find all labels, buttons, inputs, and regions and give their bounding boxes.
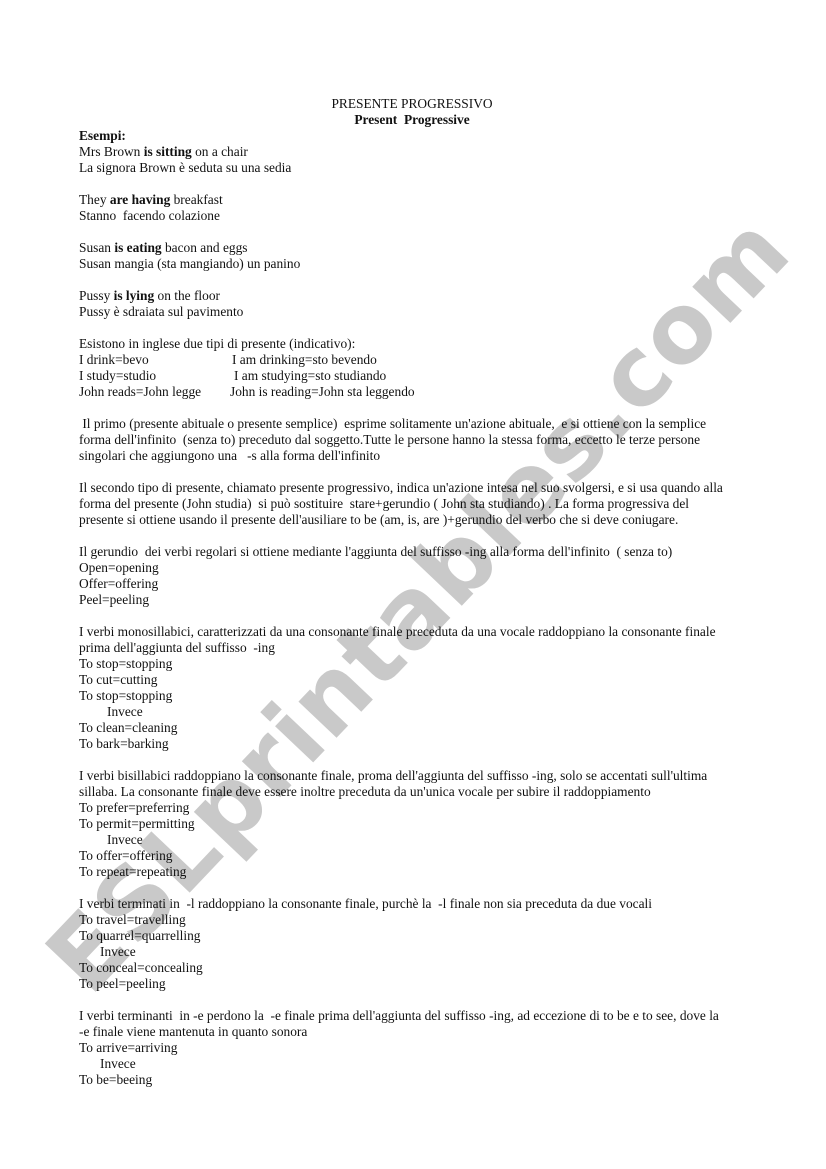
rule-text: -e finale viene mantenuta in quanto sono… (79, 1024, 769, 1040)
rule-example: To arrive=arriving (79, 1040, 769, 1056)
rule-text: I verbi terminanti in -e perdono la -e f… (79, 1008, 769, 1024)
contrast-example: To peel=peeling (79, 976, 769, 992)
example-text: on the floor (154, 288, 220, 303)
example-english: Susan is eating bacon and eggs (79, 240, 769, 256)
contrast-label: Invece (79, 1056, 769, 1072)
example-text: They (79, 192, 110, 207)
example-italian: Susan mangia (sta mangiando) un panino (79, 256, 769, 272)
contrast-label: Invece (79, 704, 769, 720)
rule-example: To stop=stopping (79, 688, 769, 704)
contrast-label: Invece (79, 944, 769, 960)
paragraph-line: presente si ottiene usando il presente d… (79, 512, 769, 528)
simple-present: I study=studio (79, 368, 156, 383)
contrast-example: To clean=cleaning (79, 720, 769, 736)
rule-example: To stop=stopping (79, 656, 769, 672)
simple-present: I drink=bevo (79, 352, 149, 367)
example-verb: is lying (114, 288, 155, 303)
examples-heading: Esempi: (79, 128, 769, 144)
contrast-label: Invece (79, 832, 769, 848)
example-text: Mrs Brown (79, 144, 144, 159)
example-italian: La signora Brown è seduta su una sedia (79, 160, 769, 176)
paragraph-line: singolari che aggiungono una -s alla for… (79, 448, 769, 464)
document-body: PRESENTE PROGRESSIVO Present Progressive… (79, 96, 769, 1088)
example-italian: Pussy è sdraiata sul pavimento (79, 304, 769, 320)
rule-example: Peel=peeling (79, 592, 769, 608)
document-page: ESLprintables.com PRESENTE PROGRESSIVO P… (0, 0, 826, 1169)
example-text: bacon and eggs (162, 240, 248, 255)
contrast-example: To offer=offering (79, 848, 769, 864)
rule-text: Il gerundio dei verbi regolari si ottien… (79, 544, 769, 560)
paragraph-line: forma del presente (John studia) si può … (79, 496, 769, 512)
paragraph-line: forma dell'infinito (senza to) preceduto… (79, 432, 769, 448)
rule-text: I verbi bisillabici raddoppiano la conso… (79, 768, 769, 784)
paragraph-line: Il primo (presente abituale o presente s… (79, 416, 769, 432)
example-verb: are having (110, 192, 170, 207)
rule-example: To quarrel=quarrelling (79, 928, 769, 944)
types-row: I study=studioI am studying=sto studiand… (79, 368, 769, 384)
paragraph-line: Il secondo tipo di presente, chiamato pr… (79, 480, 769, 496)
rule-example: Open=opening (79, 560, 769, 576)
example-verb: is sitting (144, 144, 192, 159)
example-verb: is eating (114, 240, 161, 255)
contrast-example: To be=beeing (79, 1072, 769, 1088)
example-text: breakfast (170, 192, 222, 207)
example-english: Mrs Brown is sitting on a chair (79, 144, 769, 160)
rule-example: Offer=offering (79, 576, 769, 592)
document-subtitle: Present Progressive (79, 112, 745, 128)
contrast-example: To conceal=concealing (79, 960, 769, 976)
example-english: Pussy is lying on the floor (79, 288, 769, 304)
example-italian: Stanno facendo colazione (79, 208, 769, 224)
rule-example: To cut=cutting (79, 672, 769, 688)
rule-example: To travel=travelling (79, 912, 769, 928)
types-row: I drink=bevoI am drinking=sto bevendo (79, 352, 769, 368)
example-text: on a chair (192, 144, 248, 159)
example-text: Susan (79, 240, 114, 255)
contrast-example: To bark=barking (79, 736, 769, 752)
rule-text: I verbi terminati in -l raddoppiano la c… (79, 896, 769, 912)
rule-example: To prefer=preferring (79, 800, 769, 816)
document-title: PRESENTE PROGRESSIVO (79, 96, 745, 112)
contrast-example: To repeat=repeating (79, 864, 769, 880)
types-intro: Esistono in inglese due tipi di presente… (79, 336, 769, 352)
types-row: John reads=John leggeJohn is reading=Joh… (79, 384, 769, 400)
present-progressive: I am studying=sto studiando (234, 368, 386, 384)
present-progressive: John is reading=John sta leggendo (230, 384, 415, 400)
example-text: Pussy (79, 288, 114, 303)
rule-text: prima dell'aggiunta del suffisso -ing (79, 640, 769, 656)
rule-example: To permit=permitting (79, 816, 769, 832)
example-english: They are having breakfast (79, 192, 769, 208)
present-progressive: I am drinking=sto bevendo (232, 352, 377, 368)
rule-text: sillaba. La consonante finale deve esser… (79, 784, 769, 800)
simple-present: John reads=John legge (79, 384, 201, 399)
rule-text: I verbi monosillabici, caratterizzati da… (79, 624, 769, 640)
